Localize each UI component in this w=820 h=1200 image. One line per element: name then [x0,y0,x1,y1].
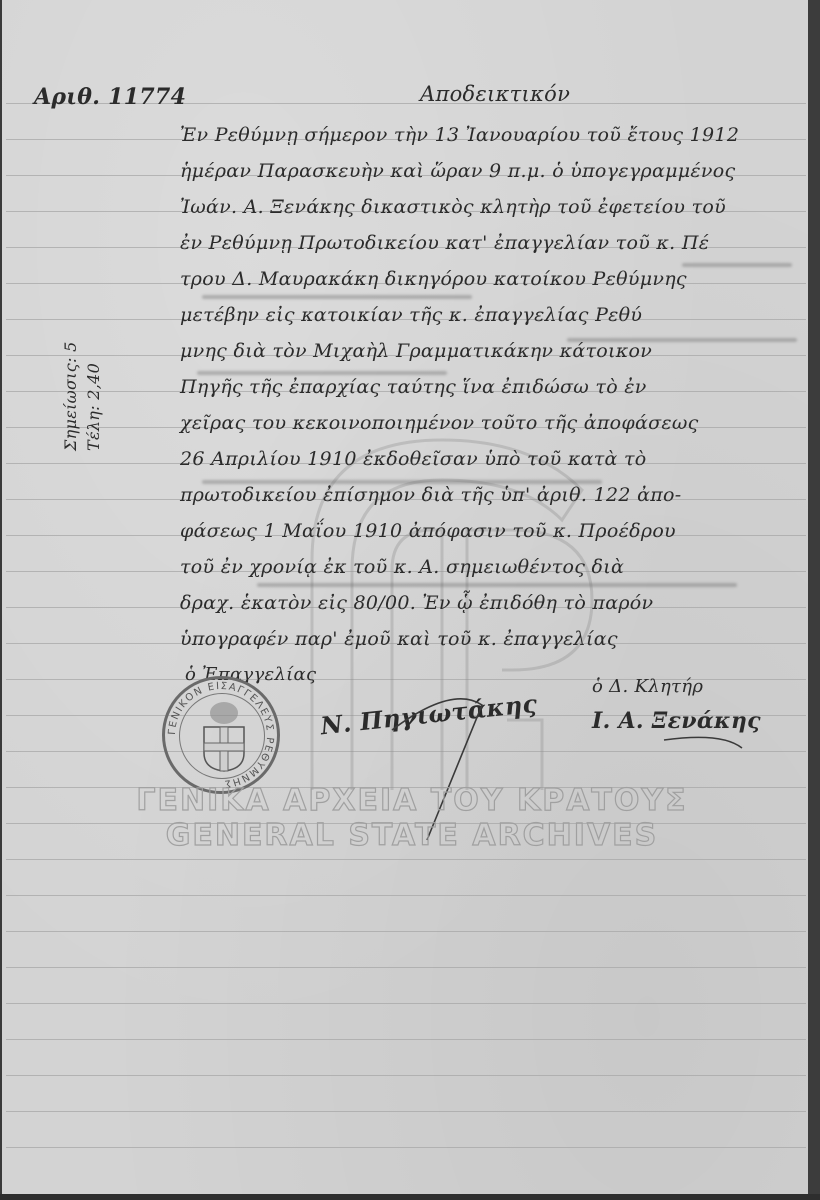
body-line: τρου Δ. Μαυρακάκη δικηγόρου κατοίκου Ρεθ… [180,268,687,290]
body-line: 26 Απριλίου 1910 ἐκδοθεῖσαν ὑπὸ τοῦ κατὰ… [180,448,647,470]
body-line: φάσεως 1 Μαΐου 1910 ἀπόφασιν τοῦ κ. Προέ… [180,520,676,542]
body-line: Ἰωάν. Α. Ξενάκης δικαστικὸς κλητὴρ τοῦ ἐ… [180,196,726,218]
ruled-line [6,1075,806,1076]
ruled-line [6,895,806,896]
pencil-underline [197,371,447,375]
ruled-line [6,1003,806,1004]
ruled-line [6,1111,806,1112]
margin-note: Σημείωσις: 5 Τέλη: 2,40 [61,251,103,451]
margin-note-line1: Σημείωσις: 5 [61,251,80,451]
watermark-greek: ΓΕΝΙΚΑ ΑΡΧΕΙΑ ΤΟΥ ΚΡΑΤΟΥΣ [2,783,820,818]
ruled-line [6,1147,806,1148]
pencil-underline [202,480,602,484]
stamp-ring-text: ΓΕΝΙΚΟΝ ΕΙΣΑΓΓΕΛΕΥΣ ΡΕΘΥΜΝΗΣ [165,679,277,791]
margin-note-line2: Τέλη: 2,40 [84,251,103,451]
document-title: Αποδεικτικόν [420,82,570,106]
pencil-underline [682,263,792,267]
body-line: πρωτοδικείου ἐπίσημον διὰ τῆς ὑπ' ἀριθ. … [180,484,681,506]
svg-text:ΓΕΝΙΚΟΝ ΕΙΣΑΓΓΕΛΕΥΣ ΡΕΘΥΜΝΗΣ: ΓΕΝΙΚΟΝ ΕΙΣΑΓΓΕΛΕΥΣ ΡΕΘΥΜΝΗΣ [167,681,275,789]
body-line: Ἐν Ρεθύμνῃ σήμερον τὴν 13 Ἰανουαρίου τοῦ… [180,124,739,146]
closing-right-label: ὁ Δ. Κλητήρ [592,676,703,697]
body-line: μνης διὰ τὸν Μιχαὴλ Γραμματικάκην κάτοικ… [180,340,652,362]
ruled-line [6,1039,806,1040]
document-sheet: Αριθ. 11774 Αποδεικτικόν Ἐν Ρεθύμνῃ σήμε… [2,0,808,1196]
scan-edge-right [808,0,820,1200]
pencil-underline [257,583,737,587]
scan-edge-bottom [0,1194,820,1200]
ruled-line [6,859,806,860]
body-line: ἡμέραν Παρασκευὴν καὶ ὥραν 9 π.μ. ὁ ὑπογ… [180,160,735,182]
ruled-line [6,931,806,932]
body-line: τοῦ ἐν χρονίᾳ ἐκ τοῦ κ. Α. σημειωθέντος … [180,556,624,578]
body-line: μετέβην εἰς κατοικίαν τῆς κ. ἐπαγγελίας … [180,304,642,326]
body-line: Πηγῆς τῆς ἐπαρχίας ταύτης ἵνα ἐπιδώσω τὸ… [180,376,647,398]
ruled-line [6,967,806,968]
body-line: δραχ. ἑκατὸν εἰς 80/00. Ἐν ᾧ ἐπιδόθη τὸ … [180,592,653,614]
signature-right-underline [662,728,752,758]
pencil-underline [202,295,472,299]
body-line: χεῖρας του κεκοινοποιημένον τοῦτο τῆς ἀπ… [180,412,699,434]
body-line: ὑπογραφέν παρ' ἐμοῦ καὶ τοῦ κ. ἐπαγγελία… [180,628,618,650]
pencil-underline [567,338,797,342]
watermark-english: GENERAL STATE ARCHIVES [2,818,820,853]
official-stamp: ΓΕΝΙΚΟΝ ΕΙΣΑΓΓΕΛΕΥΣ ΡΕΘΥΜΝΗΣ [162,676,280,794]
reference-number: Αριθ. 11774 [34,84,186,110]
body-line: ἐν Ρεθύμνῃ Πρωτοδικείου κατ' ἐπαγγελίαν … [180,232,709,254]
